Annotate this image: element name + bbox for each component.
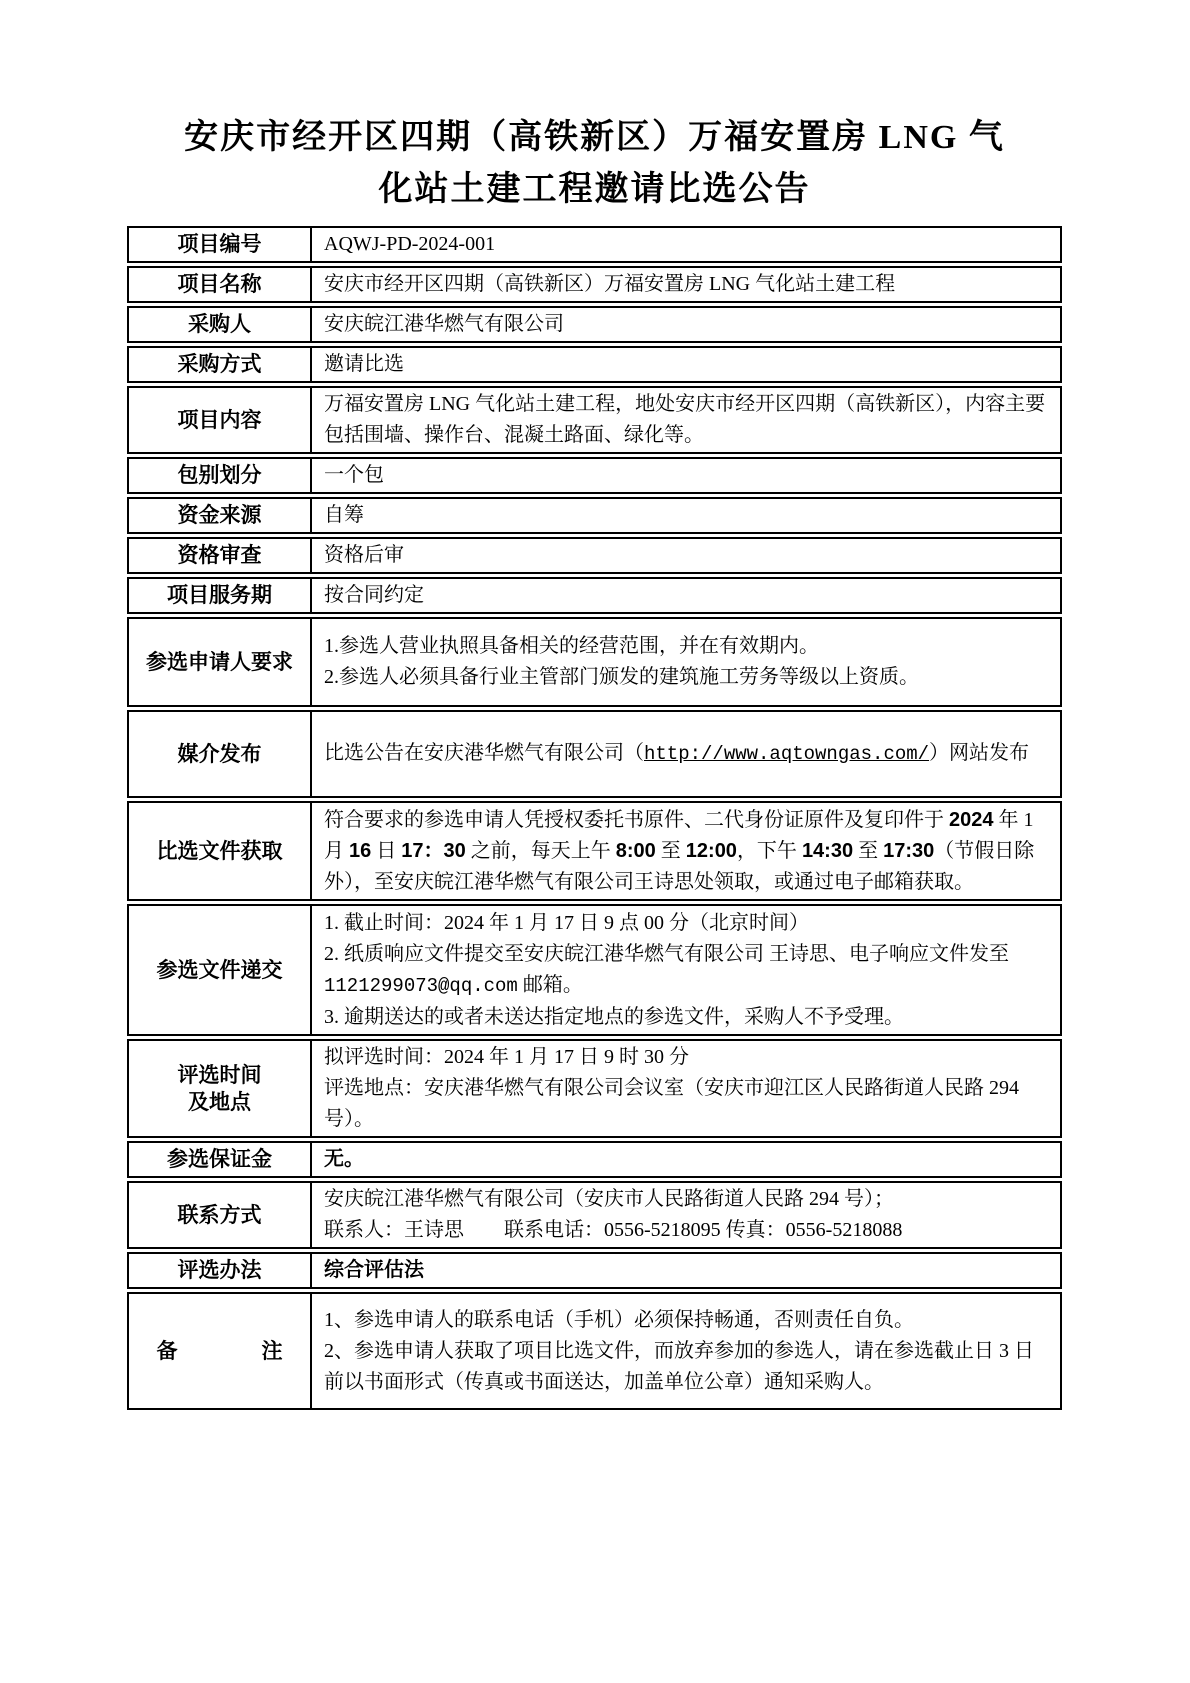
table-row: 评选办法综合评估法 (127, 1252, 1062, 1289)
value-line: 自筹 (324, 500, 1052, 531)
row-label: 资格审查 (129, 539, 312, 572)
table-row: 采购人安庆皖江港华燃气有限公司 (127, 306, 1062, 343)
row-label: 参选文件递交 (129, 906, 312, 1034)
value-line: 1. 截止时间：2024 年 1 月 17 日 9 点 00 分（北京时间） (324, 908, 1052, 939)
text-run: 至 (656, 840, 686, 862)
table-row: 参选申请人要求1.参选人营业执照具备相关的经营范围，并在有效期内。2.参选人必须… (127, 617, 1062, 707)
text-run: 2.参选人必须具备行业主管部门颁发的建筑施工劳务等级以上资质。 (324, 666, 919, 688)
row-value: 安庆市经开区四期（高铁新区）万福安置房 LNG 气化站土建工程 (312, 268, 1060, 301)
row-value: 比选公告在安庆港华燃气有限公司（http://www.aqtowngas.com… (312, 712, 1060, 796)
text-run: 至 (853, 840, 883, 862)
website-link[interactable]: http://www.aqtowngas.com/ (644, 743, 929, 765)
text-run: 之前，每天上午 (466, 840, 616, 862)
row-label: 媒介发布 (129, 712, 312, 796)
text-run: 无。 (324, 1148, 364, 1170)
table-row: 资格审查资格后审 (127, 537, 1062, 574)
row-label: 比选文件获取 (129, 803, 312, 899)
row-value: 1. 截止时间：2024 年 1 月 17 日 9 点 00 分（北京时间）2.… (312, 906, 1060, 1034)
text-run: 联系人：王诗思 联系电话：0556-5218095 传真：0556-521808… (324, 1219, 902, 1241)
value-line: 1121299073@qq.com 邮箱。 (324, 970, 1052, 1002)
row-value: 自筹 (312, 499, 1060, 532)
text-run: 邮箱。 (518, 974, 583, 996)
document-title: 安庆市经开区四期（高铁新区）万福安置房 LNG 气 化站土建工程邀请比选公告 (127, 112, 1062, 216)
table-row: 参选文件递交1. 截止时间：2024 年 1 月 17 日 9 点 00 分（北… (127, 904, 1062, 1036)
value-line: 一个包 (324, 460, 1052, 491)
table-row: 项目名称安庆市经开区四期（高铁新区）万福安置房 LNG 气化站土建工程 (127, 266, 1062, 303)
table-row: 项目服务期按合同约定 (127, 577, 1062, 614)
text-run: 日 (371, 840, 401, 862)
text-run: 1.参选人营业执照具备相关的经营范围，并在有效期内。 (324, 635, 819, 657)
value-line: 资格后审 (324, 540, 1052, 571)
value-line: 评选地点：安庆港华燃气有限公司会议室（安庆市迎江区人民路街道人民路 294 号）… (324, 1073, 1052, 1135)
text-run: 综合评估法 (324, 1259, 424, 1281)
text-run: 2、参选申请人获取了项目比选文件，而放弃参加的参选人，请在参选截止日 3 日前以… (324, 1340, 1034, 1393)
text-run: 17：30 (401, 840, 466, 862)
row-value: 资格后审 (312, 539, 1060, 572)
text-run: 3. 逾期送达的或者未送达指定地点的参选文件，采购人不予受理。 (324, 1006, 904, 1028)
row-label: 包别划分 (129, 459, 312, 492)
row-value: 1、参选申请人的联系电话（手机）必须保持畅通，否则责任自负。2、参选申请人获取了… (312, 1294, 1060, 1408)
row-label: 评选办法 (129, 1254, 312, 1287)
row-value: 综合评估法 (312, 1254, 1060, 1287)
text-run: 万福安置房 LNG 气化站土建工程，地处安庆市经开区四期（高铁新区），内容主要包… (324, 393, 1045, 446)
row-value: 无。 (312, 1143, 1060, 1176)
text-run: 资格后审 (324, 544, 404, 566)
document-page: 安庆市经开区四期（高铁新区）万福安置房 LNG 气 化站土建工程邀请比选公告 项… (127, 0, 1062, 1410)
table-row: 包别划分一个包 (127, 457, 1062, 494)
text-run: 8:00 (616, 840, 656, 862)
value-line: 1.参选人营业执照具备相关的经营范围，并在有效期内。 (324, 631, 1052, 662)
row-label: 备 注 (129, 1294, 312, 1408)
row-value: 一个包 (312, 459, 1060, 492)
table-row: 项目编号AQWJ-PD-2024-001 (127, 226, 1062, 263)
text-run: ，下午 (737, 840, 802, 862)
row-label: 采购方式 (129, 348, 312, 381)
row-value: 安庆皖江港华燃气有限公司 (312, 308, 1060, 341)
text-run: 12:00 (686, 840, 737, 862)
row-label: 项目内容 (129, 388, 312, 452)
value-line: 按合同约定 (324, 580, 1052, 611)
row-value: 万福安置房 LNG 气化站土建工程，地处安庆市经开区四期（高铁新区），内容主要包… (312, 388, 1060, 452)
row-label: 联系方式 (129, 1183, 312, 1247)
text-run: 一个包 (324, 464, 384, 486)
text-run: 16 (349, 840, 371, 862)
value-line: 综合评估法 (324, 1255, 1052, 1286)
table-row: 参选保证金无。 (127, 1141, 1062, 1178)
value-line: 万福安置房 LNG 气化站土建工程，地处安庆市经开区四期（高铁新区），内容主要包… (324, 389, 1052, 451)
row-label: 项目编号 (129, 228, 312, 261)
row-label: 评选时间 及地点 (129, 1041, 312, 1136)
row-value: 按合同约定 (312, 579, 1060, 612)
row-label: 参选申请人要求 (129, 619, 312, 705)
table-row: 评选时间 及地点拟评选时间：2024 年 1 月 17 日 9 时 30 分评选… (127, 1039, 1062, 1138)
title-line-1: 安庆市经开区四期（高铁新区）万福安置房 LNG 气 (127, 112, 1062, 164)
row-value: 拟评选时间：2024 年 1 月 17 日 9 时 30 分评选地点：安庆港华燃… (312, 1041, 1060, 1136)
value-line: 2、参选申请人获取了项目比选文件，而放弃参加的参选人，请在参选截止日 3 日前以… (324, 1336, 1052, 1398)
row-value: 邀请比选 (312, 348, 1060, 381)
value-line: 符合要求的参选申请人凭授权委托书原件、二代身份证原件及复印件于 2024 年 1… (324, 805, 1052, 898)
value-line: 联系人：王诗思 联系电话：0556-5218095 传真：0556-521808… (324, 1215, 1052, 1246)
row-label: 采购人 (129, 308, 312, 341)
title-line-2: 化站土建工程邀请比选公告 (127, 164, 1062, 216)
row-label: 参选保证金 (129, 1143, 312, 1176)
row-value: 1.参选人营业执照具备相关的经营范围，并在有效期内。2.参选人必须具备行业主管部… (312, 619, 1060, 705)
value-line: 拟评选时间：2024 年 1 月 17 日 9 时 30 分 (324, 1042, 1052, 1073)
row-label: 项目服务期 (129, 579, 312, 612)
text-run: AQWJ-PD-2024-001 (324, 233, 495, 255)
text-run: ）网站发布 (929, 742, 1029, 764)
table-row: 媒介发布比选公告在安庆港华燃气有限公司（http://www.aqtowngas… (127, 710, 1062, 798)
value-line: 比选公告在安庆港华燃气有限公司（http://www.aqtowngas.com… (324, 738, 1052, 770)
text-run: 符合要求的参选申请人凭授权委托书原件、二代身份证原件及复印件于 (324, 809, 949, 831)
table-row: 资金来源自筹 (127, 497, 1062, 534)
table-row: 采购方式邀请比选 (127, 346, 1062, 383)
text-run: 拟评选时间：2024 年 1 月 17 日 9 时 30 分 (324, 1046, 689, 1068)
value-line: 2. 纸质响应文件提交至安庆皖江港华燃气有限公司 王诗思、电子响应文件发至 (324, 939, 1052, 970)
row-label: 项目名称 (129, 268, 312, 301)
value-line: 邀请比选 (324, 349, 1052, 380)
text-run: 1. 截止时间：2024 年 1 月 17 日 9 点 00 分（北京时间） (324, 912, 809, 934)
table-row: 备 注1、参选申请人的联系电话（手机）必须保持畅通，否则责任自负。2、参选申请人… (127, 1292, 1062, 1410)
text-run: 按合同约定 (324, 584, 424, 606)
text-run: 安庆皖江港华燃气有限公司 (324, 313, 564, 335)
text-run: 1121299073@qq.com (324, 975, 518, 997)
text-run: 比选公告在安庆港华燃气有限公司（ (324, 742, 644, 764)
value-line: 安庆皖江港华燃气有限公司 (324, 309, 1052, 340)
value-line: 2.参选人必须具备行业主管部门颁发的建筑施工劳务等级以上资质。 (324, 662, 1052, 693)
text-run: 评选地点：安庆港华燃气有限公司会议室（安庆市迎江区人民路街道人民路 294 号）… (324, 1077, 1019, 1130)
text-run: 自筹 (324, 504, 364, 526)
text-run: 2. 纸质响应文件提交至安庆皖江港华燃气有限公司 王诗思、电子响应文件发至 (324, 943, 1009, 965)
value-line: 安庆皖江港华燃气有限公司（安庆市人民路街道人民路 294 号）； (324, 1184, 1052, 1215)
row-value: AQWJ-PD-2024-001 (312, 228, 1060, 261)
text-run: 1、参选申请人的联系电话（手机）必须保持畅通，否则责任自负。 (324, 1309, 914, 1331)
text-run: 邀请比选 (324, 353, 404, 375)
text-run: 安庆市经开区四期（高铁新区）万福安置房 LNG 气化站土建工程 (324, 273, 895, 295)
notice-table: 项目编号AQWJ-PD-2024-001项目名称安庆市经开区四期（高铁新区）万福… (127, 226, 1062, 1410)
value-line: 安庆市经开区四期（高铁新区）万福安置房 LNG 气化站土建工程 (324, 269, 1052, 300)
value-line: 3. 逾期送达的或者未送达指定地点的参选文件，采购人不予受理。 (324, 1002, 1052, 1033)
row-value: 安庆皖江港华燃气有限公司（安庆市人民路街道人民路 294 号）；联系人：王诗思 … (312, 1183, 1060, 1247)
table-row: 项目内容万福安置房 LNG 气化站土建工程，地处安庆市经开区四期（高铁新区），内… (127, 386, 1062, 454)
row-value: 符合要求的参选申请人凭授权委托书原件、二代身份证原件及复印件于 2024 年 1… (312, 803, 1060, 899)
table-row: 联系方式安庆皖江港华燃气有限公司（安庆市人民路街道人民路 294 号）；联系人：… (127, 1181, 1062, 1249)
text-run: 17:30 (883, 840, 934, 862)
text-run: 安庆皖江港华燃气有限公司（安庆市人民路街道人民路 294 号）； (324, 1188, 894, 1210)
value-line: 无。 (324, 1144, 1052, 1175)
text-run: 14:30 (802, 840, 853, 862)
table-row: 比选文件获取符合要求的参选申请人凭授权委托书原件、二代身份证原件及复印件于 20… (127, 801, 1062, 901)
value-line: 1、参选申请人的联系电话（手机）必须保持畅通，否则责任自负。 (324, 1305, 1052, 1336)
value-line: AQWJ-PD-2024-001 (324, 229, 1052, 260)
text-run: 2024 (949, 809, 994, 831)
row-label: 资金来源 (129, 499, 312, 532)
